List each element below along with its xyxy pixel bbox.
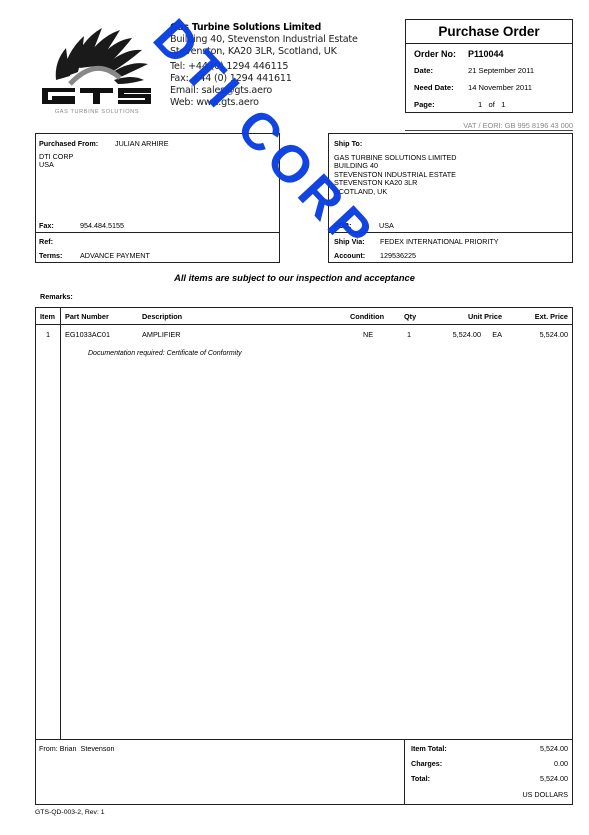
ship-to-label: Ship To: (334, 139, 362, 148)
company-web[interactable]: Web: www.gts.aero (170, 97, 259, 108)
ship-to-line: BUILDING 40 (334, 161, 378, 170)
ship-to-line: STEVENSTON KA20 3LR (334, 178, 417, 187)
cell-unit-price: 5,524.00 (453, 330, 481, 339)
totals-box: Item Total: 5,524.00 Charges: 0.00 Total… (404, 739, 573, 805)
from-box: From: Brian Stevenson (35, 739, 405, 805)
order-no-label: Order No: (414, 49, 456, 59)
inspection-notice: All items are subject to our inspection … (0, 273, 589, 283)
purchased-from-label: Purchased From: (39, 139, 98, 148)
col-header-part-number: Part Number (65, 312, 109, 321)
purchased-from-box: Purchased From: JULIAN ARHIRE DTI CORP U… (35, 133, 280, 233)
fob-label: FOB: (334, 221, 352, 230)
fob-value: USA (379, 221, 394, 230)
company-email[interactable]: Email: sales@gts.aero (170, 85, 272, 96)
col-header-ext-price: Ext. Price (535, 312, 568, 321)
need-date-value: 14 November 2011 (468, 83, 532, 92)
ref-label: Ref: (39, 237, 53, 246)
vat-number: VAT / EORI: GB 995 8196 43 000 (463, 121, 573, 130)
col-header-description: Description (142, 312, 182, 321)
divider (405, 130, 573, 131)
date-value: 21 September 2011 (468, 66, 534, 75)
charges-label: Charges: (411, 759, 442, 768)
ship-via-value: FEDEX INTERNATIONAL PRIORITY (380, 237, 499, 246)
ship-via-box: Ship Via: FEDEX INTERNATIONAL PRIORITY A… (328, 232, 573, 263)
company-address-line1: Building 40, Stevenston Industrial Estat… (170, 34, 358, 45)
items-table: Item Part Number Description Condition Q… (35, 307, 573, 740)
col-header-qty: Qty (404, 312, 416, 321)
fax-label: Fax: (39, 221, 54, 230)
ship-to-line: SCOTLAND, UK (334, 187, 387, 196)
purchased-from-line: USA (39, 160, 54, 169)
need-date-label: Need Date: (414, 83, 454, 92)
date-label: Date: (414, 66, 433, 75)
charges-value: 0.00 (554, 759, 568, 768)
cell-item: 1 (46, 330, 50, 339)
turbine-icon: GAS TURBINE SOLUTIONS (40, 20, 155, 115)
cell-uom: EA (492, 330, 502, 339)
account-value: 129536225 (380, 251, 416, 260)
fax-value: 954.484.5155 (80, 221, 124, 230)
page-label: Page: (414, 100, 435, 109)
cell-ext-price: 5,524.00 (540, 330, 568, 339)
po-title: Purchase Order (406, 24, 572, 39)
divider (36, 324, 572, 325)
total-label: Total: (411, 774, 430, 783)
divider (406, 43, 572, 44)
item-total-value: 5,524.00 (540, 744, 568, 753)
from-text: From: Brian Stevenson (39, 744, 115, 753)
ship-via-label: Ship Via: (334, 237, 365, 246)
item-total-label: Item Total: (411, 744, 447, 753)
page-value: 1 of 1 (478, 100, 505, 109)
company-address-line2: Stevenston, KA20 3LR, Scotland, UK (170, 46, 337, 57)
divider (60, 308, 61, 739)
purchased-from-contact: JULIAN ARHIRE (115, 139, 169, 148)
cell-qty: 1 (407, 330, 411, 339)
total-value: 5,524.00 (540, 774, 568, 783)
currency: US DOLLARS (522, 790, 568, 799)
cell-description: AMPLIFIER (142, 330, 181, 339)
company-logo: GAS TURBINE SOLUTIONS (40, 20, 155, 115)
terms-label: Terms: (39, 251, 62, 260)
ship-to-box: Ship To: GAS TURBINE SOLUTIONS LIMITED B… (328, 133, 573, 233)
cell-part-number: EG1033AC01 (65, 330, 110, 339)
ref-terms-box: Ref: Terms: ADVANCE PAYMENT (35, 232, 280, 263)
order-no-value: P110044 (468, 49, 504, 59)
remarks-label: Remarks: (40, 292, 73, 301)
company-name: Gas Turbine Solutions Limited (170, 22, 321, 33)
col-header-item: Item (40, 312, 55, 321)
col-header-unit-price: Unit Price (468, 312, 502, 321)
account-label: Account: (334, 251, 365, 260)
company-tel: Tel: +44 (0) 1294 446115 (170, 61, 288, 72)
col-header-condition: Condition (350, 312, 384, 321)
cell-condition: NE (363, 330, 373, 339)
company-fax: Fax: +44 (0) 1294 441611 (170, 73, 292, 84)
line-note: Documentation required: Certificate of C… (88, 350, 242, 357)
svg-text:GAS TURBINE SOLUTIONS: GAS TURBINE SOLUTIONS (55, 109, 139, 115)
terms-value: ADVANCE PAYMENT (80, 251, 150, 260)
document-code: GTS-QD-003-2, Rev: 1 (35, 809, 105, 816)
po-info-box: Purchase Order Order No: P110044 Date: 2… (405, 19, 573, 113)
